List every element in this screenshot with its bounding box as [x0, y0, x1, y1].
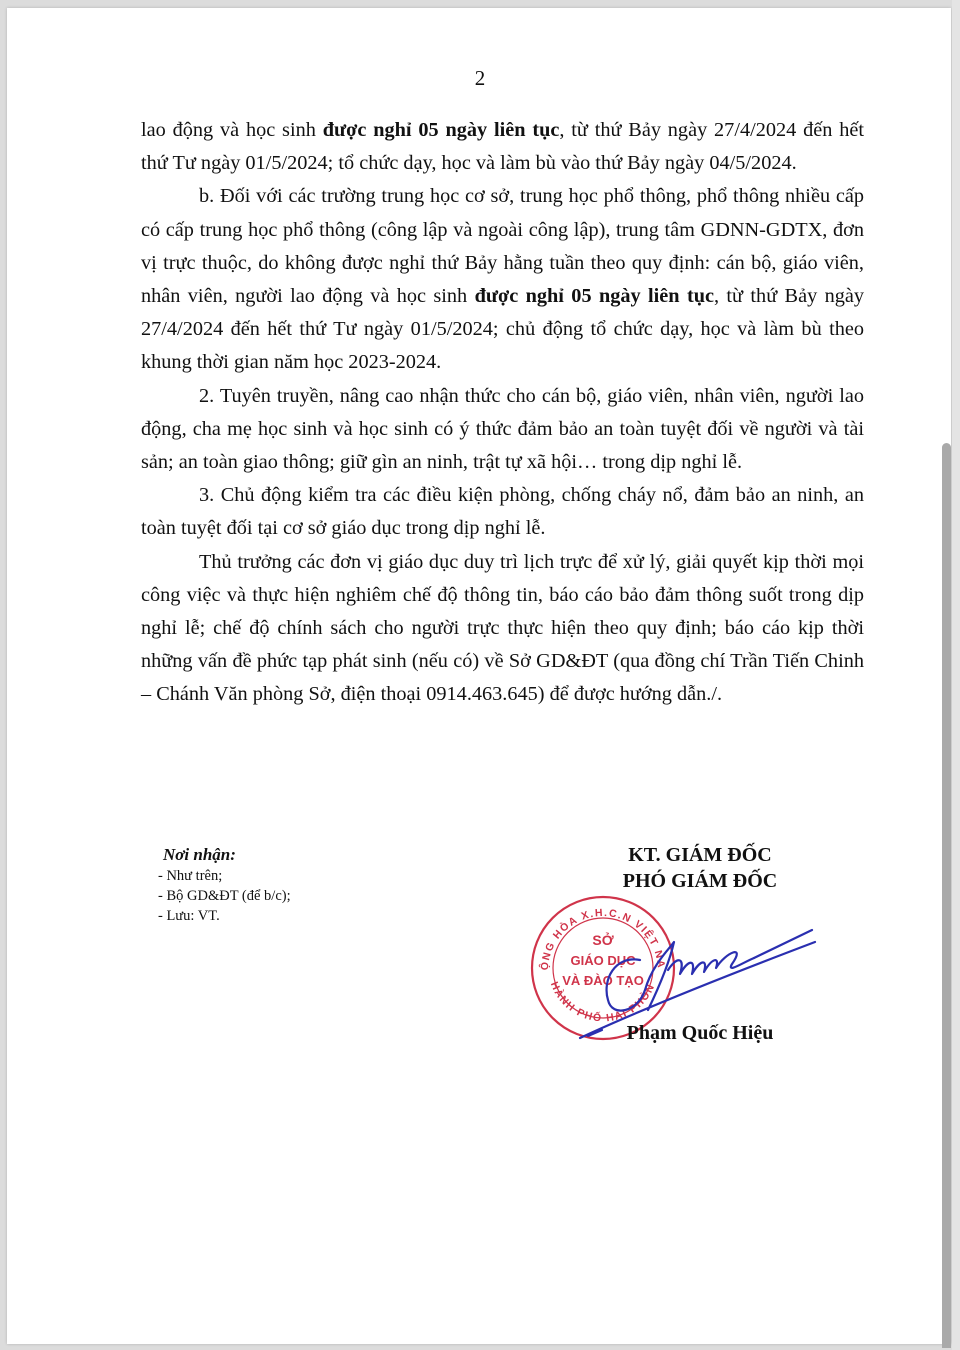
paragraph: 2. Tuyên truyền, nâng cao nhận thức cho … — [141, 380, 864, 480]
paragraph: Thủ trưởng các đơn vị giáo dục duy trì l… — [141, 546, 864, 712]
paragraph-text: lao động và học sinh — [141, 119, 323, 141]
signer-line-1: KT. GIÁM ĐỐC — [560, 842, 840, 868]
recipient-item: - Bộ GD&ĐT (để b/c); — [158, 886, 291, 906]
paragraph-text: 3. Chủ động kiểm tra các điều kiện phòng… — [141, 484, 864, 539]
document-viewer: 2 lao động và học sinh được nghỉ 05 ngày… — [0, 0, 960, 1350]
paragraph-text: 2. Tuyên truyền, nâng cao nhận thức cho … — [141, 385, 864, 473]
signer-name: Phạm Quốc Hiệu — [560, 1022, 840, 1045]
scrollbar-track[interactable] — [952, 0, 960, 1350]
paragraph: lao động và học sinh được nghỉ 05 ngày l… — [141, 114, 864, 180]
paragraph-text: Thủ trưởng các đơn vị giáo dục duy trì l… — [141, 551, 864, 706]
page-number: 2 — [0, 66, 960, 91]
recipient-item: - Lưu: VT. — [158, 906, 291, 926]
emphasis-text: được nghỉ 05 ngày liên tục — [475, 285, 714, 307]
signer-line-2: PHÓ GIÁM ĐỐC — [560, 868, 840, 894]
paragraph: b. Đối với các trường trung học cơ sở, t… — [141, 180, 864, 379]
paragraph: 3. Chủ động kiểm tra các điều kiện phòng… — [141, 479, 864, 545]
recipient-item: - Như trên; — [158, 866, 291, 886]
recipients-title: Nơi nhận: — [163, 844, 291, 866]
scrollbar-thumb[interactable] — [942, 443, 951, 1348]
signer-title-block: KT. GIÁM ĐỐC PHÓ GIÁM ĐỐC — [560, 842, 840, 894]
document-body: lao động và học sinh được nghỉ 05 ngày l… — [141, 114, 864, 712]
recipients-block: Nơi nhận: - Như trên; - Bộ GD&ĐT (để b/c… — [158, 844, 291, 926]
emphasis-text: được nghỉ 05 ngày liên tục — [323, 119, 560, 141]
